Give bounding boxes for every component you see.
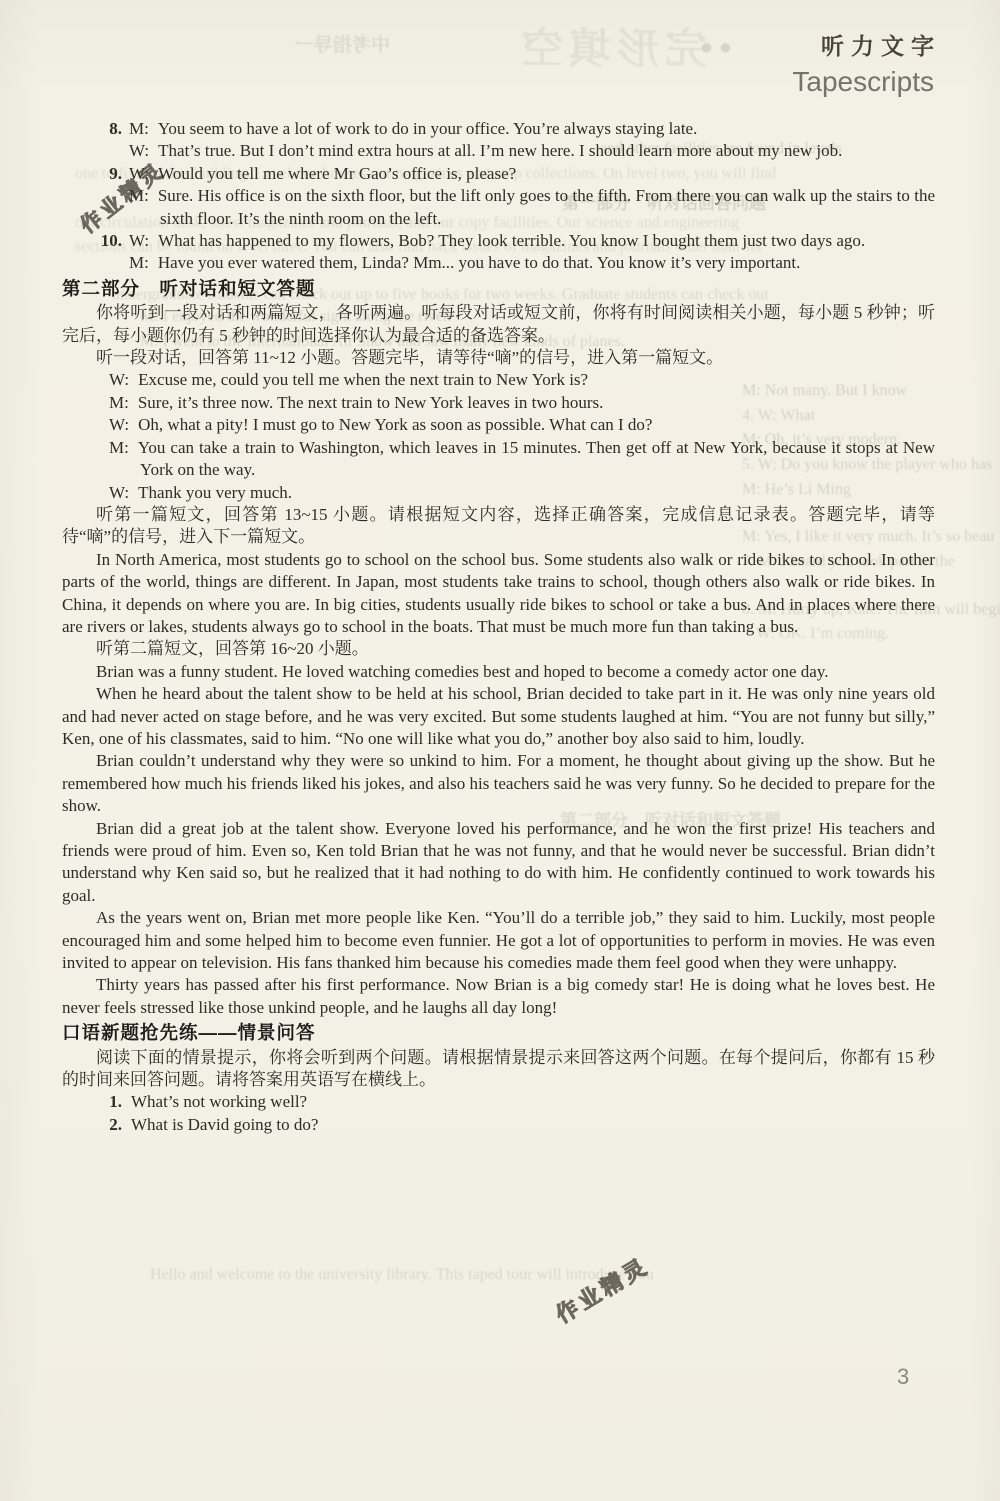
- passage2-paragraph: When he heard about the talent show to b…: [62, 683, 935, 750]
- dialogue-line: M:Have you ever watered them, Linda? Mm.…: [129, 252, 935, 274]
- bleedthrough-text: 中考指导一: [295, 30, 390, 57]
- speaker-label: M:: [129, 119, 158, 138]
- passage2-paragraph: Brian did a great job at the talent show…: [62, 818, 935, 908]
- speaker-label: W:: [129, 141, 158, 160]
- page-header: 听力文字 Tapescripts: [792, 28, 934, 98]
- item-number: 9.: [86, 163, 129, 230]
- part2-instructions: 你将听到一段对话和两篇短文，各听两遍。听每段对话或短文前，你将有时间阅读相关小题…: [62, 302, 935, 347]
- question-text: What is David going to do?: [131, 1114, 318, 1136]
- bleedthrough-dots: ● ●: [700, 34, 732, 60]
- speaker-label: M:: [109, 393, 138, 412]
- dialogue-11-12-instructions: 听一段对话，回答第 11~12 小题。答题完毕，请等待“嘀”的信号，进入第一篇短…: [62, 347, 935, 369]
- dialogue-text: Would you tell me where Mr Gao’s office …: [158, 164, 516, 183]
- dialogue-text: Oh, what a pity! I must go to New York a…: [138, 415, 652, 434]
- speaker-label: M:: [109, 438, 138, 457]
- dialogue-text: You seem to have a lot of work to do in …: [158, 119, 698, 138]
- speaker-label: M:: [129, 253, 158, 272]
- dialogue-11-12: W:Excuse me, could you tell me when the …: [109, 369, 935, 503]
- dialogue-item-9: 9. W:Would you tell me where Mr Gao’s of…: [86, 163, 935, 230]
- dialogue-line: W:Oh, what a pity! I must go to New York…: [109, 414, 935, 436]
- speaker-label: W:: [109, 415, 138, 434]
- passage2-paragraph: Brian was a funny student. He loved watc…: [62, 661, 935, 683]
- dialogue-text: That’s true. But I don’t mind extra hour…: [158, 141, 842, 160]
- passage2-paragraph: Brian couldn’t understand why they were …: [62, 750, 935, 817]
- passage2-paragraph: As the years went on, Brian met more peo…: [62, 907, 935, 974]
- watermark-stamp: 作业精灵: [549, 1249, 654, 1329]
- dialogue-text: What has happened to my flowers, Bob? Th…: [158, 231, 865, 250]
- speaker-label: W:: [109, 370, 138, 389]
- passage2-instructions: 听第二篇短文，回答第 16~20 小题。: [62, 638, 935, 660]
- dialogue-line: M:Sure, it’s three now. The next train t…: [109, 392, 935, 414]
- passage2-paragraph: Thirty years has passed after his first …: [62, 974, 935, 1019]
- dialogue-text: Have you ever watered them, Linda? Mm...…: [158, 253, 801, 272]
- page-body: 8. M:You seem to have a lot of work to d…: [62, 118, 935, 1136]
- question-number: 1.: [86, 1091, 131, 1113]
- section-heading-part2: 第二部分 听对话和短文答题: [62, 278, 935, 300]
- dialogue-text: Sure. His office is on the sixth floor, …: [158, 186, 935, 227]
- oral-instructions: 阅读下面的情景提示，你将会听到两个问题。请根据情景提示来回答这两个问题。在每个提…: [62, 1047, 935, 1092]
- dialogue-item-10: 10. W:What has happened to my flowers, B…: [86, 230, 935, 275]
- passage1-instructions: 听第一篇短文，回答第 13~15 小题。请根据短文内容，选择正确答案，完成信息记…: [62, 504, 935, 549]
- scanned-textbook-page: 中考指导一 完形填空 ● ● and other facilities are …: [0, 0, 1000, 1501]
- section-heading-oral: 口语新题抢先练——情景问答: [62, 1022, 935, 1044]
- question-number: 2.: [86, 1114, 131, 1136]
- bleedthrough-text: 完形填空: [515, 16, 707, 76]
- dialogue-line: M:You can take a train to Washington, wh…: [109, 437, 935, 482]
- dialogue-text: You can take a train to Washington, whic…: [138, 438, 935, 479]
- page-number: 3: [897, 1364, 909, 1390]
- oral-question-1: 1. What’s not working well?: [86, 1091, 935, 1113]
- dialogue-line: W:Excuse me, could you tell me when the …: [109, 369, 935, 391]
- dialogue-line: M:You seem to have a lot of work to do i…: [129, 118, 935, 140]
- page-title-english: Tapescripts: [792, 66, 934, 98]
- dialogue-line: W:Thank you very much.: [109, 482, 935, 504]
- dialogue-line: W:That’s true. But I don’t mind extra ho…: [129, 140, 935, 162]
- dialogue-line: W:Would you tell me where Mr Gao’s offic…: [129, 163, 935, 185]
- speaker-label: W:: [109, 483, 138, 502]
- page-title-chinese: 听力文字: [792, 28, 941, 61]
- speaker-label: W:: [129, 164, 158, 183]
- item-number: 8.: [86, 118, 129, 163]
- oral-question-2: 2. What is David going to do?: [86, 1114, 935, 1136]
- bleedthrough-text: Hello and welcome to the university libr…: [150, 1266, 654, 1284]
- item-number: 10.: [86, 230, 129, 275]
- passage1-text: In North America, most students go to sc…: [62, 549, 935, 639]
- question-text: What’s not working well?: [131, 1091, 307, 1113]
- dialogue-item-8: 8. M:You seem to have a lot of work to d…: [86, 118, 935, 163]
- dialogue-text: Excuse me, could you tell me when the ne…: [138, 370, 588, 389]
- dialogue-text: Thank you very much.: [138, 483, 292, 502]
- dialogue-line: W:What has happened to my flowers, Bob? …: [129, 230, 935, 252]
- dialogue-text: Sure, it’s three now. The next train to …: [138, 393, 604, 412]
- speaker-label: W:: [129, 231, 158, 250]
- speaker-label: M:: [129, 186, 158, 205]
- dialogue-line: M:Sure. His office is on the sixth floor…: [129, 185, 935, 230]
